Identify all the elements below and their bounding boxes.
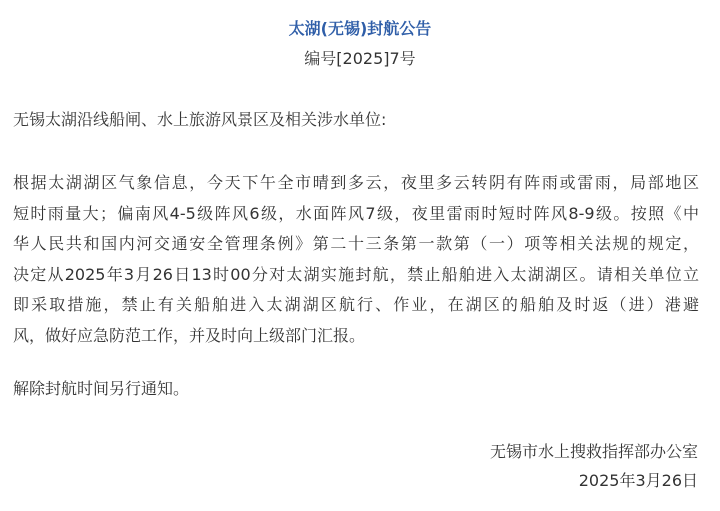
body-line: 决定从2025年3月26日13时00分对太湖实施封航，禁止船舶进入太湖湖区。请相…: [13, 260, 699, 291]
body-line: 风，做好应急防范工作，并及时向上级部门汇报。: [13, 321, 699, 352]
body-line: 短时雨量大；偏南风4-5级阵风6级，水面阵风7级，夜里雷雨时短时阵风8-9级。按…: [13, 199, 699, 230]
announcement-document: 太湖(无锡)封航公告 编号[2025]7号 无锡太湖沿线船闸、水上旅游风景区及相…: [0, 0, 720, 511]
body-line: 华人民共和国内河交通安全管理条例》第二十三条第一款第（一）项等相关法规的规定，: [13, 229, 699, 260]
document-title: 太湖(无锡)封航公告: [0, 18, 720, 40]
body-line: 根据太湖湖区气象信息，今天下午全市晴到多云，夜里多云转阴有阵雨或雷雨，局部地区: [13, 168, 699, 199]
signature-date: 2025年3月26日: [579, 470, 698, 492]
signature-organization: 无锡市水上搜救指挥部办公室: [490, 441, 698, 463]
body-paragraph: 根据太湖湖区气象信息，今天下午全市晴到多云，夜里多云转阴有阵雨或雷雨，局部地区 …: [13, 168, 707, 351]
body-line: 即采取措施，禁止有关船舶进入太湖湖区航行、作业，在湖区的船舶及时返（进）港避: [13, 290, 699, 321]
document-number: 编号[2025]7号: [0, 48, 720, 70]
salutation: 无锡太湖沿线船闸、水上旅游风景区及相关涉水单位:: [13, 109, 386, 131]
lifting-notice: 解除封航时间另行通知。: [13, 378, 189, 400]
